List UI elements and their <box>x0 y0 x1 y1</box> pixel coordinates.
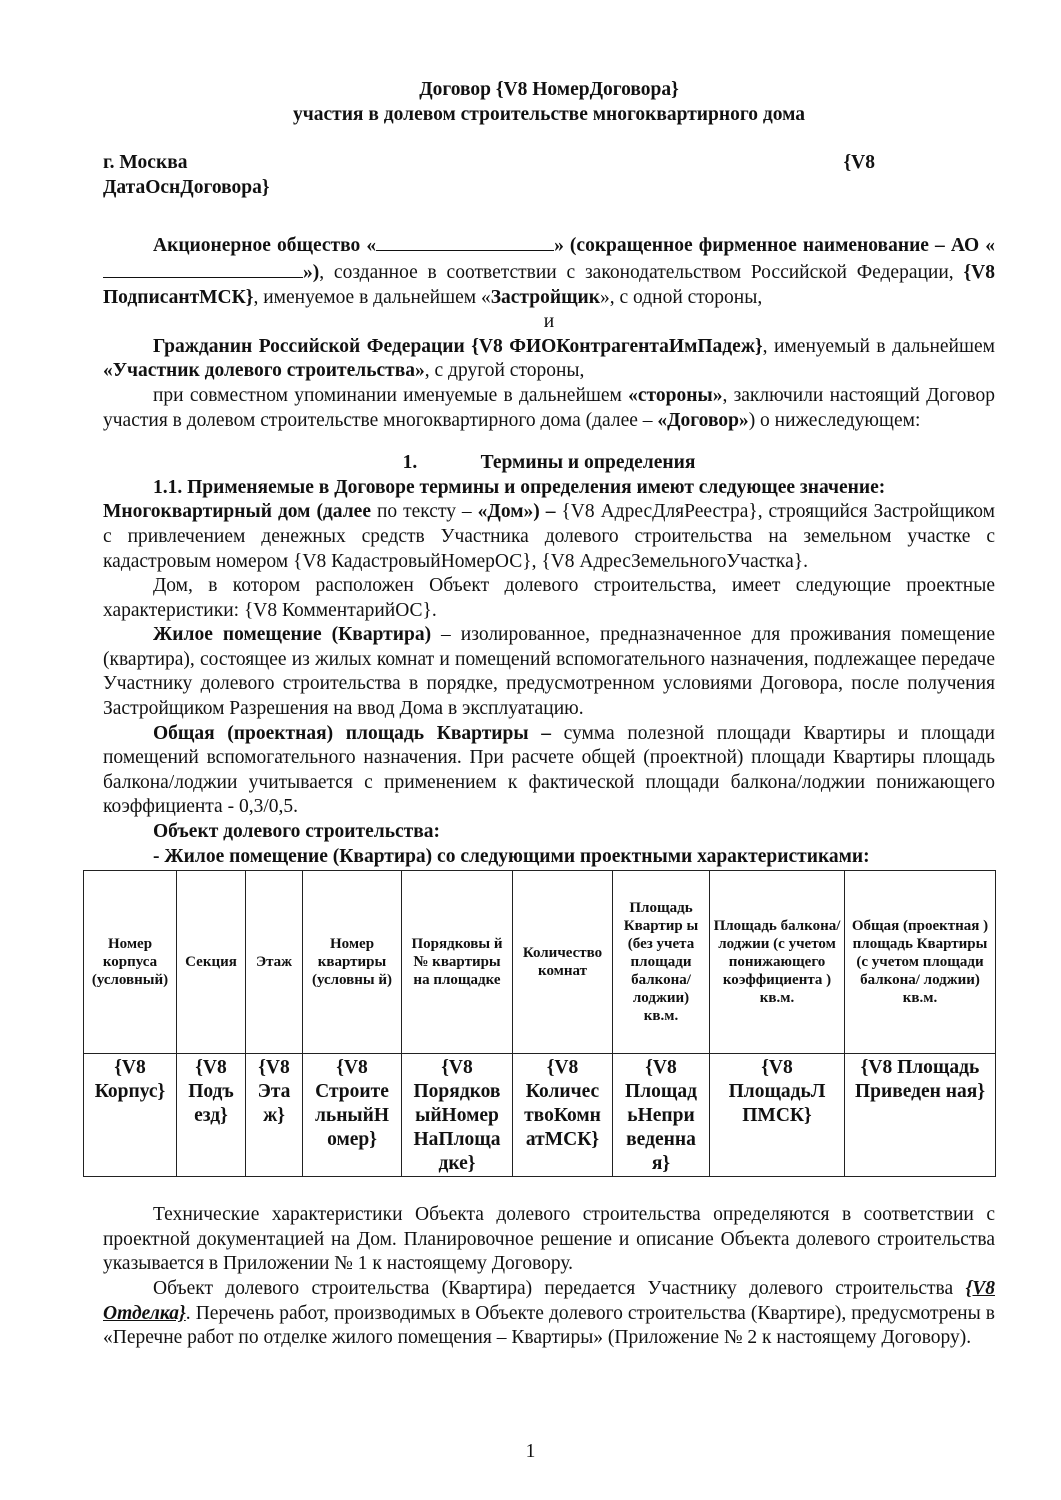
definition-area: Общая (проектная) площадь Квартиры – сум… <box>103 722 995 820</box>
short-name-close: ») <box>303 262 319 283</box>
preamble-parties: при совместном упоминании именуемые в да… <box>103 384 995 433</box>
col-building: Номер корпуса (условный) <box>84 871 177 1054</box>
table-row: {V8 Корпус} {V8 Подъ езд} {V8 Эта ж} {V8… <box>84 1054 996 1177</box>
transfer-text: . Перечень работ, производимых в Объекте… <box>103 1303 995 1349</box>
page-number: 1 <box>0 1441 1061 1463</box>
col-floor: Этаж <box>246 871 303 1054</box>
definition-apartment: Жилое помещение (Квартира) – изолированн… <box>103 623 995 721</box>
cell-area-no-balcony: {V8 Площад ьНепри веденна я} <box>613 1054 710 1177</box>
house-characteristics: Дом, в котором расположен Объект долевог… <box>103 574 995 623</box>
date-placeholder-start: {V8 <box>843 151 875 176</box>
document-title: Договор {V8 НомерДоговора} <box>103 78 995 103</box>
preamble-text: , с другой стороны, <box>425 360 585 381</box>
section-number: 1. <box>403 451 481 476</box>
company-name-blank <box>376 232 554 251</box>
col-balcony-area: Площадь балкона/лоджии (с учетом понижаю… <box>710 871 845 1054</box>
definition-house: Многоквартирный дом (далее по тексту – «… <box>103 500 995 574</box>
object-transfer: Объект долевого строительства (Квартира)… <box>103 1277 995 1351</box>
area-term: Общая (проектная) площадь Квартиры – <box>153 723 551 744</box>
parties-term: «стороны» <box>628 385 722 406</box>
col-rooms: Количество комнат <box>513 871 613 1054</box>
cell-building: {V8 Корпус} <box>84 1054 177 1177</box>
table-header-row: Номер корпуса (условный) Секция Этаж Ном… <box>84 871 996 1054</box>
preamble-text: », с одной стороны, <box>600 287 762 308</box>
object-subheading: - Жилое помещение (Квартира) со следующи… <box>103 845 995 870</box>
cell-balcony-area: {V8 ПлощадьЛ ПМСК} <box>710 1054 845 1177</box>
cell-rooms: {V8 Количес твоКомн атМСК} <box>513 1054 613 1177</box>
developer-term: Застройщик <box>491 287 600 308</box>
short-name-label: » (сокращенное фирменное наименование – … <box>554 235 995 256</box>
preamble-text: , именуемый в дальнейшем <box>763 336 995 357</box>
preamble-participant: Гражданин Российской Федерации {V8 ФИОКо… <box>103 335 995 384</box>
participant-term: «Участник долевого строительства» <box>103 360 425 381</box>
transfer-text: Объект долевого строительства (Квартира)… <box>153 1278 965 1299</box>
house-term: Многоквартирный дом (далее <box>103 501 371 522</box>
cell-apartment-number: {V8 Строите льныйН омер} <box>303 1054 402 1177</box>
preamble-developer: Акционерное общество «» (сокращенное фир… <box>103 232 995 310</box>
apartment-term: Жилое помещение (Квартира) <box>153 624 431 645</box>
preamble-text: , созданное в соответствии с законодател… <box>319 262 963 283</box>
company-label: Акционерное общество « <box>153 235 376 256</box>
cell-floor: {V8 Эта ж} <box>246 1054 303 1177</box>
col-apartment-number: Номер квартиры (условны й) <box>303 871 402 1054</box>
city: г. Москва <box>103 151 187 176</box>
cell-total-area: {V8 Площадь Приведен ная} <box>845 1054 996 1177</box>
preamble-text: , именуемое в дальнейшем « <box>253 287 490 308</box>
house-short-term: «Дом») – <box>478 501 556 522</box>
object-heading: Объект долевого строительства: <box>103 820 995 845</box>
col-section: Секция <box>177 871 246 1054</box>
preamble-text: при совместном упоминании именуемые в да… <box>153 385 628 406</box>
section-title: Термины и определения <box>481 452 696 473</box>
col-total-area: Общая (проектная ) площадь Квартиры (с у… <box>845 871 996 1054</box>
technical-characteristics: Технические характеристики Объекта долев… <box>103 1203 995 1277</box>
cell-ordinal-number: {V8 Порядков ыйНомер НаПлоща дке} <box>402 1054 513 1177</box>
citizen-placeholder: Гражданин Российской Федерации {V8 ФИОКо… <box>153 336 763 357</box>
section-1-heading: 1.Термины и определения <box>103 451 995 476</box>
and-conjunction: и <box>103 310 995 335</box>
col-area-no-balcony: Площадь Квартир ы (без учета площади бал… <box>613 871 710 1054</box>
preamble-text: ) о нижеследующем: <box>749 410 921 431</box>
col-ordinal-number: Порядковы й № квартиры на площадке <box>402 871 513 1054</box>
clause-1-1: 1.1. Применяемые в Договоре термины и оп… <box>103 476 995 501</box>
definition-text: по тексту – <box>371 501 478 522</box>
apartment-characteristics-table: Номер корпуса (условный) Секция Этаж Ном… <box>83 870 996 1177</box>
short-name-blank <box>103 259 303 278</box>
contract-term: «Договор» <box>657 410 748 431</box>
date-placeholder-end: ДатаОснДоговора} <box>103 176 995 201</box>
cell-section: {V8 Подъ езд} <box>177 1054 246 1177</box>
city-date-row: г. Москва {V8 <box>103 151 995 176</box>
document-page: Договор {V8 НомерДоговора} участия в дол… <box>103 78 995 1351</box>
document-subtitle: участия в долевом строительстве многоква… <box>103 103 995 128</box>
